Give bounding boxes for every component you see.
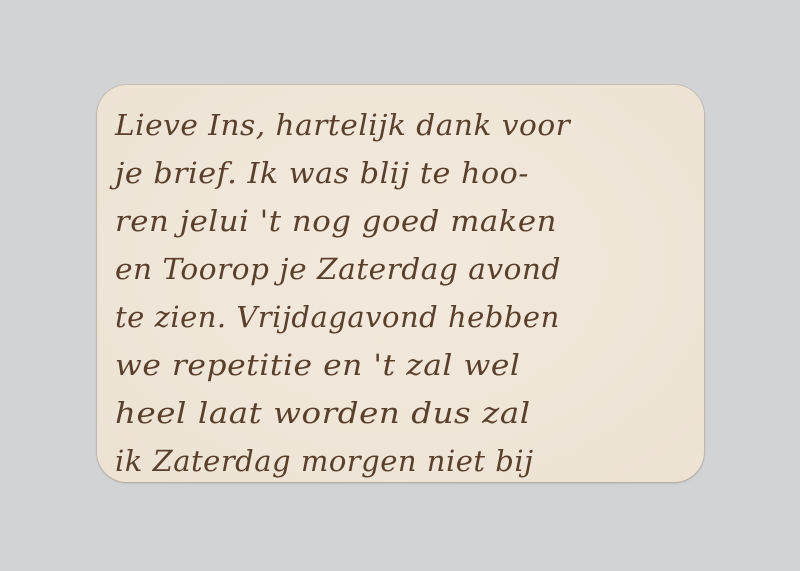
text-line: Lieve Ins, hartelijk dank voor <box>115 101 702 149</box>
text-line: en Toorop je Zaterdag avond <box>115 245 702 293</box>
handwritten-text: Lieve Ins, hartelijk dank voor je brief.… <box>115 101 690 482</box>
text-line: we repetitie en 't zal wel <box>115 341 704 389</box>
text-line: heel laat worden dus zal <box>115 389 704 437</box>
text-line: te zien. Vrijdagavond hebben <box>115 293 690 341</box>
text-line: ik Zaterdag morgen niet bij <box>115 437 690 482</box>
text-line: ren jelui 't nog goed maken <box>115 197 704 245</box>
text-line: je brief. Ik was blij te hoo- <box>115 149 704 197</box>
page-background: Lieve Ins, hartelijk dank voor je brief.… <box>0 0 800 571</box>
handwritten-card: Lieve Ins, hartelijk dank voor je brief.… <box>97 85 704 482</box>
